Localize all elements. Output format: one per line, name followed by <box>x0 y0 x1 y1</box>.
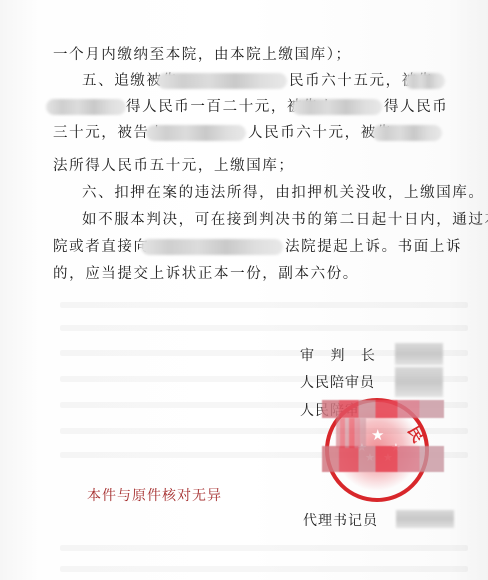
redacted-name <box>372 125 442 141</box>
verification-stamp-text: 本件与原件核对无异 <box>87 485 222 505</box>
text-line: 得人民币 <box>384 98 448 116</box>
redacted-seal-region <box>322 446 444 472</box>
redacted-seal-region <box>336 418 366 448</box>
bleed-through-line <box>60 566 468 572</box>
text-line: 六、扣押在案的违法所得，由扣押机关没收，上缴国库。 <box>82 184 485 202</box>
bleed-through-line <box>60 302 468 308</box>
text-line: 的，应当提交上诉状正本一份，副本六份。 <box>53 265 359 283</box>
redacted-seal-region <box>322 400 444 418</box>
redacted-name <box>292 99 382 115</box>
text-line: 院或者直接向 <box>53 238 150 256</box>
redacted-signature <box>395 367 443 397</box>
seal-character: 民 <box>403 421 431 446</box>
signature-role-clerk: 代理书记员 <box>303 510 378 530</box>
text-line: 法院提起上诉。书面上诉 <box>285 238 462 256</box>
star-icon: ★ <box>371 430 384 441</box>
signature-role-chief-judge: 审 判 长 <box>300 345 381 365</box>
redacted-name <box>46 99 126 115</box>
signature-role-juror: 人民陪审员 <box>300 372 375 392</box>
text-line: 如不服本判决，可在接到判决书的第二日起十日内，通过本 <box>82 211 488 229</box>
text-line: 一个月内缴纳至本院，由本院上缴国库）； <box>53 46 352 64</box>
bleed-through-line <box>60 545 468 551</box>
redacted-name <box>146 125 246 141</box>
redacted-signature <box>395 343 443 365</box>
redacted-name <box>157 73 287 89</box>
redacted-name <box>405 73 445 89</box>
document-page: 一个月内缴纳至本院，由本院上缴国库）； 五、追缴被告 民币六十五元，被告 得人民… <box>0 0 488 580</box>
redacted-signature <box>396 510 454 528</box>
bleed-through-line <box>60 325 468 331</box>
text-line: 法所得人民币五十元，上缴国库； <box>53 157 295 175</box>
redacted-court-name <box>141 239 283 255</box>
